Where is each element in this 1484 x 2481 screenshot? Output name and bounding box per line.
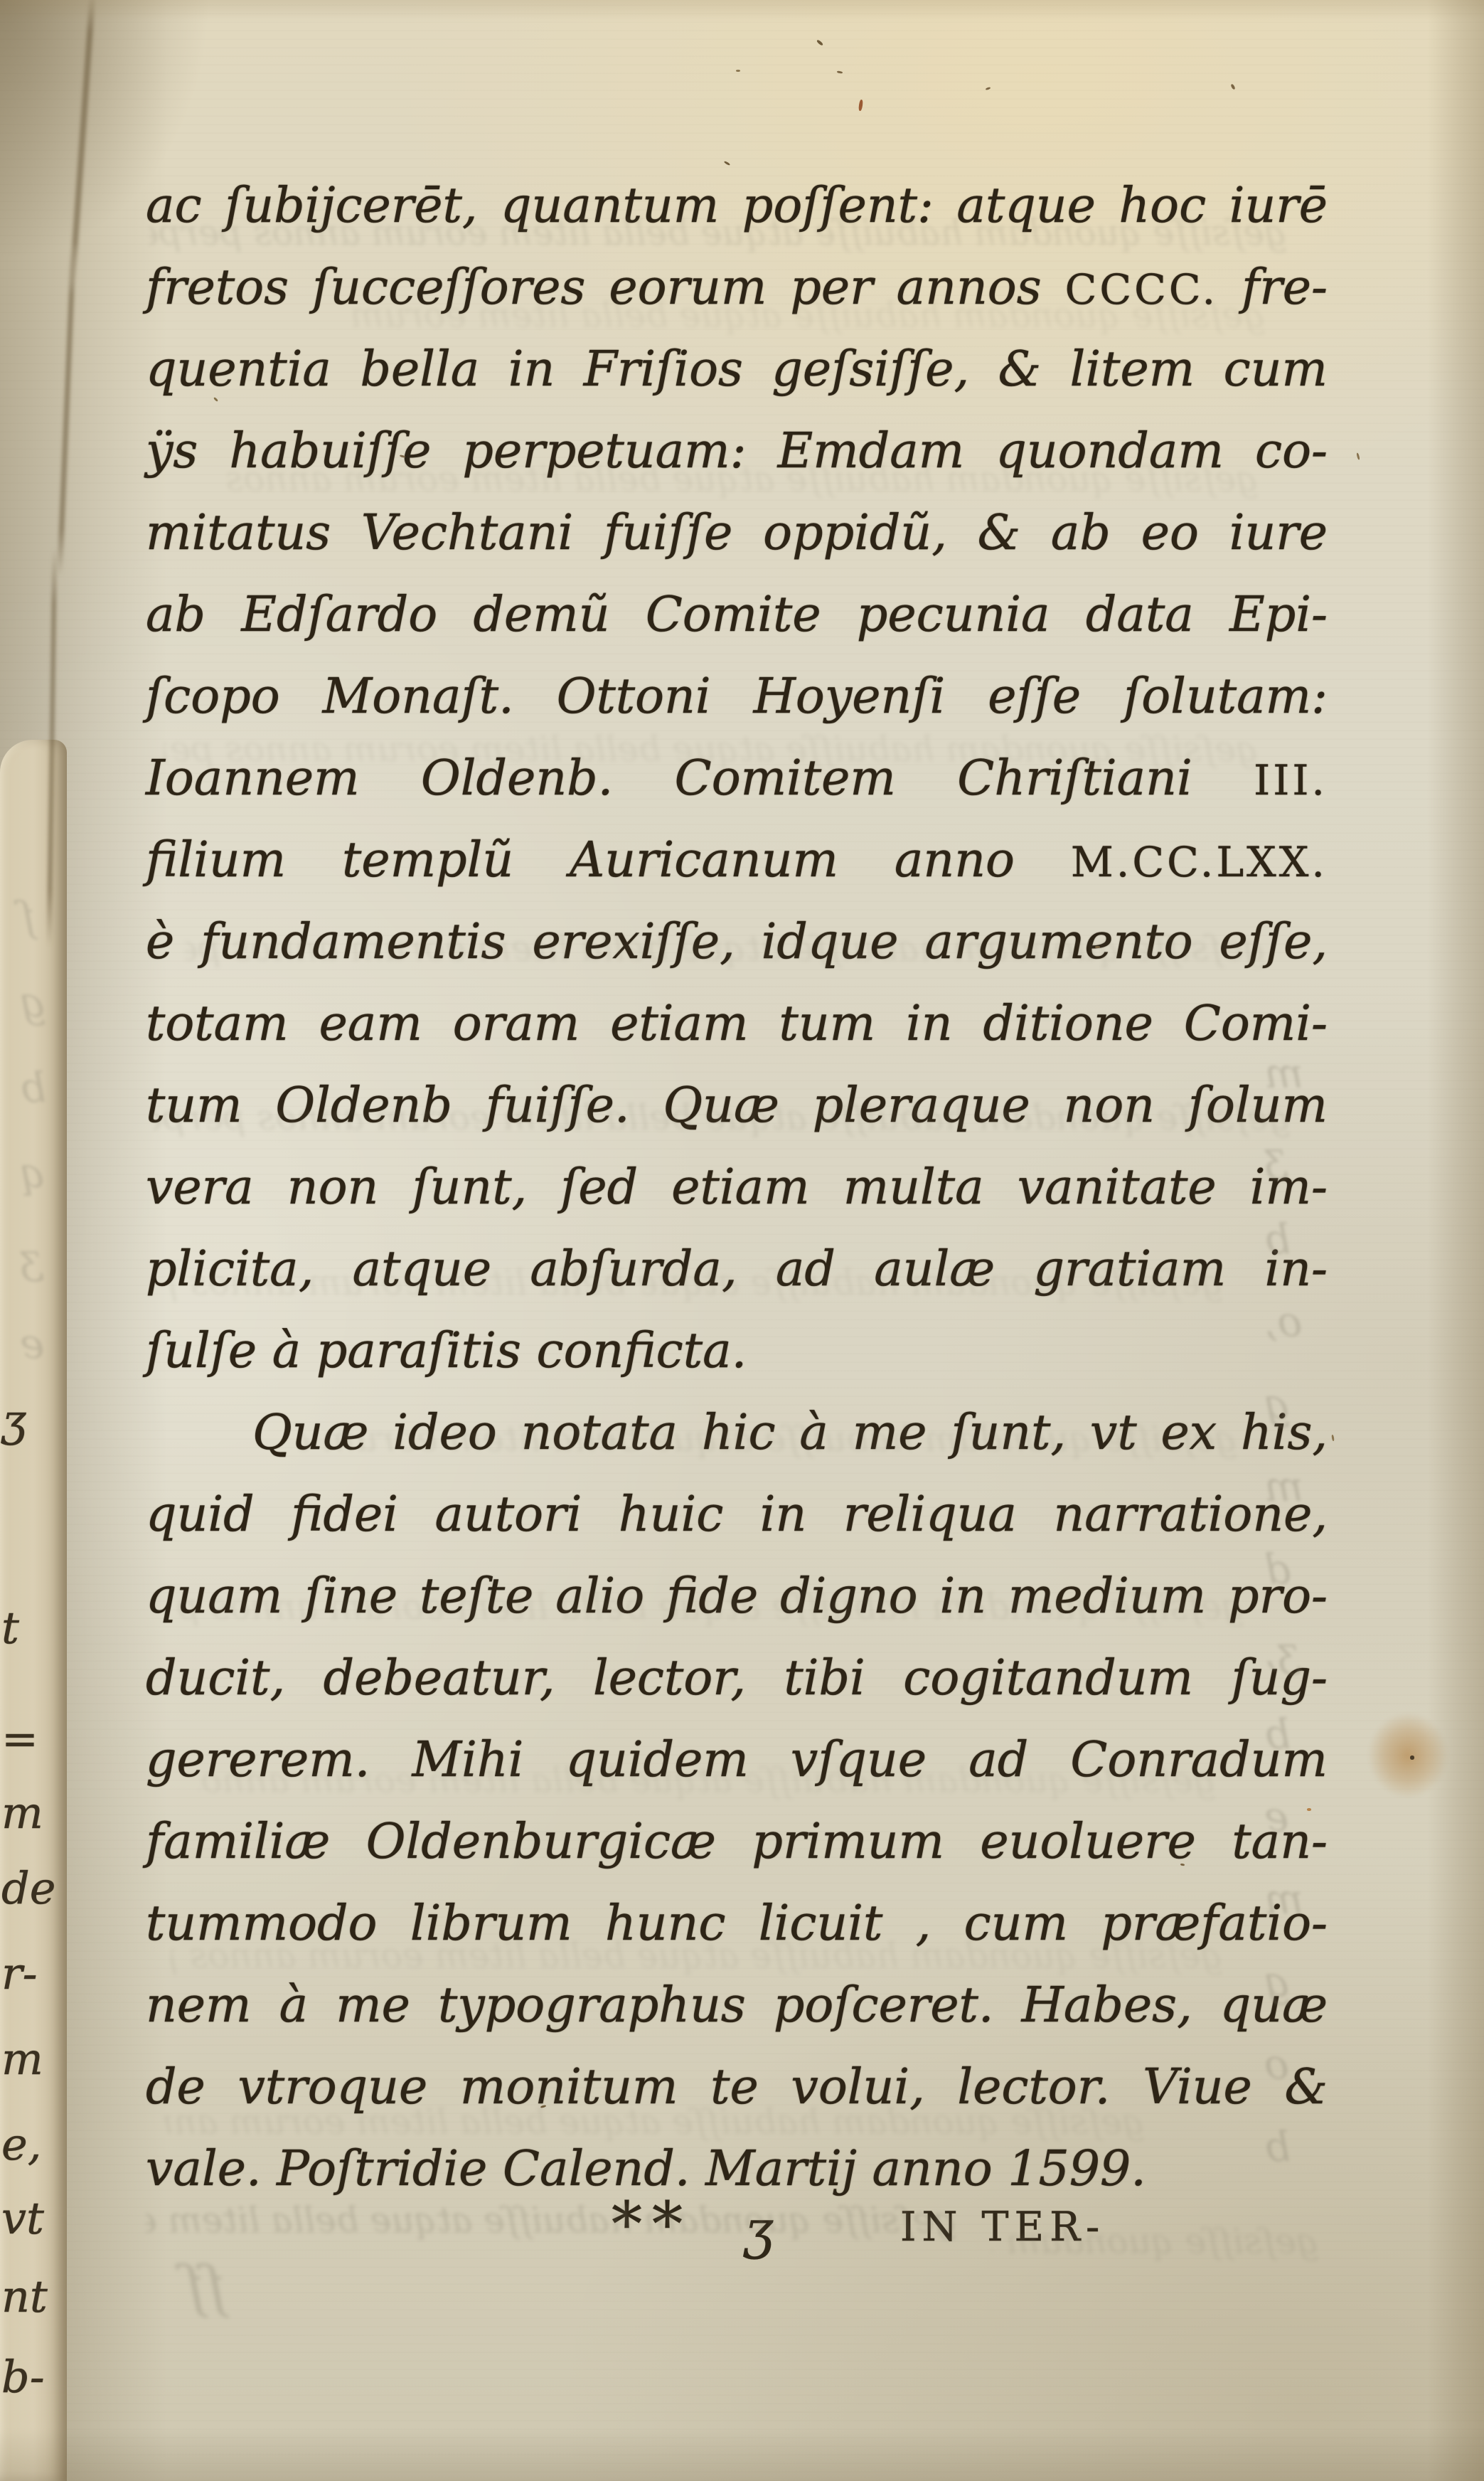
bleedthrough-letter: m [1264,1049,1303,1098]
bleedthrough-letter: m [1264,1462,1303,1511]
bleedthrough-text: geſsiſſe quondam habuiſſe atque bella li… [164,2100,1145,2144]
text-line: filium templũ Auricanum anno M.CC.LXX. [146,819,1328,901]
bleedthrough-smudge: ſſ [183,2253,225,2320]
paper-fiber-speck [837,70,843,73]
paper-fiber-speck [1095,946,1100,948]
bleedthrough-letter: e [20,1319,44,1368]
brown-stain [1355,1699,1461,1812]
bleedthrough-letter: ſ [20,893,35,941]
bleedthrough-letter: b [20,1063,46,1112]
bleedthrough-text: geſsiſſe quondam habuiſſe atque bella li… [146,2198,956,2242]
paper-fiber-speck [736,70,740,72]
line-text: familiæ Oldenburgicæ primum euoluere tan… [146,1814,1328,1870]
bleedthrough-text: geſsiſſe quondam habuiſſe atque bella li… [153,1095,1291,1139]
bleedthrough-text: geſsiſſe quondam habuiſſe atque bella li… [178,1585,1244,1629]
bleedthrough-text: geſsiſſe quondam habuiſſe atque bella li… [171,1260,1223,1305]
text-line: ſulſe à paraſitis conficta. [146,1310,1328,1392]
text-line: ſcopo Monaſt. Ottoni Hoyenſi eſſe ſoluta… [146,656,1328,738]
paper-fiber-speck [816,39,823,46]
bleedthrough-letter: g [20,978,46,1026]
bleedthrough-letter: d [1264,1545,1291,1593]
bleedthrough-text: geſsiſſe quondam habuiſſe atque bella li… [199,1758,1216,1802]
text-line: ab Edſardo demũ Comite pecunia data Epi- [146,574,1328,656]
bleedthrough-letter: o, [1264,1297,1302,1346]
paper-fiber-speck [1331,1435,1335,1441]
paper-fiber-speck [1356,452,1360,459]
left-edge-fragment: b- [1,2351,45,2403]
line-text: quentia bella in Friſios geſsiſſe, & lit… [146,341,1328,398]
roman-numeral: M.CC.LXX. [1071,838,1328,886]
bleedthrough-text: geſsiſſe quondam habuiſſe atque bella li… [299,1417,1237,1461]
paper-fiber-speck [1307,1808,1311,1811]
bleedthrough-text: geſsiſſe quondam habuiſſe atque bella li… [228,457,1259,501]
line-text: filium templũ Auricanum anno [146,832,1071,888]
bleedthrough-letter: q [20,1149,46,1197]
line-text: mitatus Vechtani fuiſſe oppidũ, & ab eo … [146,505,1328,561]
line-text: ducit, debeatur, lector, tibi cogitandum… [146,1650,1328,1706]
left-edge-fragment: = [1,1713,38,1765]
paper-fiber-speck [1410,1755,1414,1760]
paper-fiber-speck [986,87,991,90]
bleedthrough-letter: b [1264,1710,1291,1758]
line-text: totam eam oram etiam tum in ditione Comi… [146,996,1328,1052]
text-line: ducit, debeatur, lector, tibi cogitandum… [146,1637,1328,1719]
book-page-photo: ac ſubijcerēt, quantum poſſent: atque ho… [0,0,1484,2481]
line-text: ab Edſardo demũ Comite pecunia data Epi- [146,587,1328,643]
text-line: totam eam oram etiam tum in ditione Comi… [146,983,1328,1065]
left-edge-fragment: de [1,1862,55,1914]
left-edge-fragment: t [1,1602,19,1654]
bleedthrough-letter: ʒ [20,1234,43,1282]
bleedthrough-letter: g [1264,1957,1291,2006]
bleedthrough-text: geſsiſſe quondam habuiſſe atque bella li… [185,926,1266,970]
bleedthrough-letter: b [1264,2123,1291,2171]
bleedthrough-text: geſsiſſe quondam habuiſſe atque bella li… [164,727,1259,771]
left-edge-fragment: ʒ [1,1394,26,1446]
bleedthrough-letter: o [1264,2040,1289,2088]
page-top-shade [0,0,1484,21]
text-line: quentia bella in Friſios geſsiſſe, & lit… [146,329,1328,410]
bleedthrough-letter: ʒ [1264,1132,1288,1181]
text-line: familiæ Oldenburgicæ primum euoluere tan… [146,1801,1328,1883]
bleedthrough-text: geſsiſſe quondam habuiſſe atque bella li… [992,2219,1319,2263]
text-line: vera non ſunt, ſed etiam multa vanitate … [146,1147,1328,1228]
bleedthrough-letter: ʒ, [1264,1627,1301,1676]
left-edge-fragment: nt [1,2270,48,2322]
line-text: vera non ſunt, ſed etiam multa vanitate … [146,1159,1328,1216]
left-edge-fragment: m [1,1787,43,1839]
bleedthrough-letter: m [1264,1875,1303,1923]
left-edge-fragment: e, [1,2118,41,2170]
page-right-edge-shade [1427,0,1484,2481]
left-edge-fragment: r- [1,1948,38,1999]
line-text: ſcopo Monaſt. Ottoni Hoyenſi eſſe ſoluta… [146,669,1328,725]
line-text: quid fidei autori huic in reliqua narrat… [146,1487,1328,1543]
line-text: nem à me typographus poſceret. Habes, qu… [146,1977,1328,2034]
text-line: mitatus Vechtani fuiſſe oppidũ, & ab eo … [146,492,1328,574]
bleedthrough-letter: e [1264,1792,1288,1841]
paper-fiber-speck [858,100,863,112]
paper-fiber-speck [1230,84,1235,90]
bleedthrough-letter: g [1264,1380,1291,1428]
bleedthrough-text: geſsiſſe quondam habuiſſe atque bella li… [341,293,1266,337]
roman-numeral: III. [1254,756,1328,804]
page-bottom-shade [0,2428,1484,2481]
left-edge-fragment: m [1,2033,43,2085]
bleedthrough-text: geſsiſſe quondam habuiſſe atque bella li… [171,1933,1223,1977]
bleedthrough-letter: b [1264,1215,1291,1263]
text-line: quid fidei autori huic in reliqua narrat… [146,1474,1328,1556]
left-edge-fragment: vt [1,2192,44,2244]
line-text: ſulſe à paraſitis conficta. [146,1323,747,1379]
bleedthrough-text: geſsiſſe quondam habuiſſe atque bella li… [149,211,1287,255]
